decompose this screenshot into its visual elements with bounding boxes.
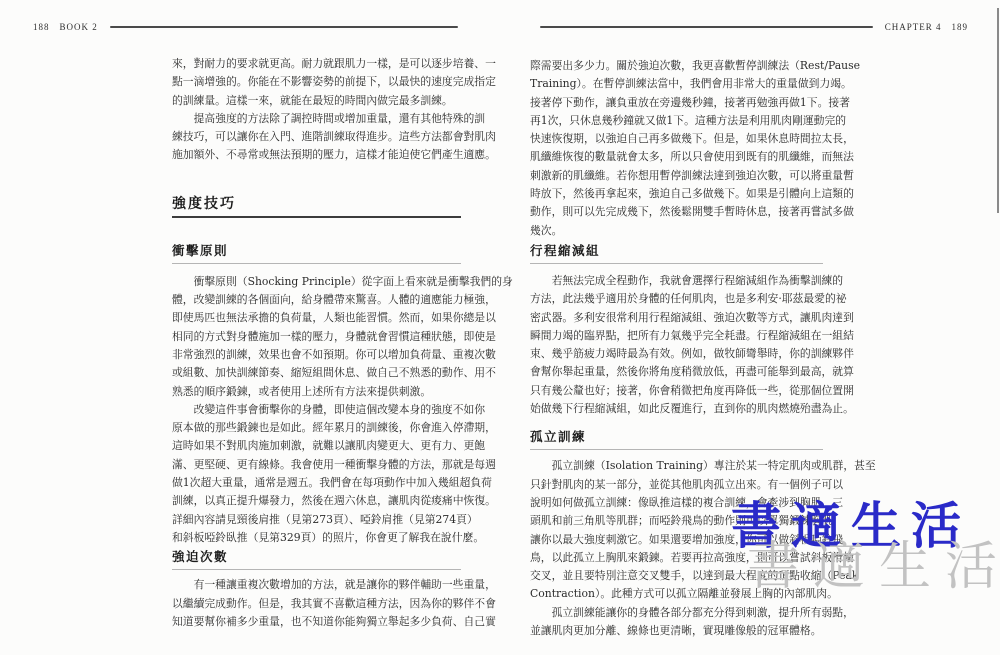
right-page-header: CHAPTER 4 189 (540, 22, 968, 32)
subsection-heading-isolation: 孤立訓練 (530, 429, 823, 450)
text-line: 這時如果不對肌肉施加刺激，就難以讓肌肉變更大、更有力、更飽 (172, 437, 461, 455)
text-line: 熟悉的順序鍛鍊，或者使用上述所有方法來提供刺激。 (172, 383, 461, 401)
right-page-number: 189 (952, 22, 969, 32)
header-rule (110, 26, 458, 28)
text-line: 的訓練量。這樣一來，就能在最短的時間內做完最多訓練。 (172, 92, 461, 110)
paragraph-partials: 若無法完成全程動作，我就會選擇行程縮減組作為衝擊訓練的方法，此法幾乎適用於身體的… (530, 272, 823, 418)
text-line: 刺激新的肌纖維。若你想用暫停訓練法達到強迫次數，可以將重量暫 (530, 167, 823, 185)
header-rule (540, 26, 873, 28)
text-line: 只有幾公釐也好；接著，你會稍微把角度再降低一些，從那個位置開 (530, 382, 823, 400)
scan-edge-line (997, 8, 999, 213)
text-line: 訓練，以真正提升爆發力，然後在週六休息，讓肌肉從痠痛中恢復。 (172, 492, 461, 510)
paragraph-rest-pause: 際需要出多少力。關於強迫次數，我更喜歡暫停訓練法（Rest/PauseTrain… (530, 57, 823, 240)
text-line: 衝擊原則（Shocking Principle）從字面上看來就是衝擊我們的身 (172, 273, 461, 291)
text-line: 和斜板啞鈴臥推（見第329頁）的照片，你會更了解我在說什麼。 (172, 529, 461, 547)
text-line: 即使馬匹也無法承擔的負荷量，人類也能習慣。然而，如果你總是以 (172, 309, 461, 327)
text-line: 孤立訓練能讓你的身體各部分都充分得到刺激，提升所有弱點， (530, 604, 823, 622)
watermark-secondary: 書適生活 (747, 524, 1000, 599)
text-line: 練技巧，可以讓你在入門、進階訓練取得進步。這些方法都會對肌肉 (172, 128, 461, 146)
text-line: 幾次。 (530, 222, 823, 240)
text-line: 際需要出多少力。關於強迫次數，我更喜歡暫停訓練法（Rest/Pause (530, 57, 823, 75)
left-page-header: 188 BOOK 2 (33, 22, 458, 32)
text-line: 束、幾乎筋疲力竭時最為有效。例如，做牧師彎舉時，你的訓練夥伴 (530, 345, 823, 363)
text-line: 密武器。多利安很常利用行程縮減組、強迫次數等方式，讓肌肉達到 (530, 309, 823, 327)
section-heading: 強度技巧 (172, 195, 461, 218)
text-line: 以繼續完成動作。但是，我其實不喜歡這種方法，因為你的夥伴不會 (172, 595, 461, 613)
text-line: 瞬間力竭的臨界點，把所有力氣幾乎完全耗盡。行程縮減組在一組結 (530, 327, 823, 345)
text-line: 來，對耐力的要求就更高。耐力就跟肌力一樣，是可以逐步培養、一 (172, 55, 461, 73)
text-line: 若無法完成全程動作，我就會選擇行程縮減組作為衝擊訓練的 (530, 272, 823, 290)
text-line: 原本做的那些鍛鍊也是如此。經年累月的訓練後，你會進入停滯期， (172, 419, 461, 437)
text-line: 知道要幫你補多少重量，也不知道你能夠獨立舉起多少負荷、自己實 (172, 613, 461, 631)
text-line: 肌纖維恢復的數量就會太多，所以只會使用到既有的肌纖維，而無法 (530, 148, 823, 166)
paragraph-shock-principle: 衝擊原則（Shocking Principle）從字面上看來就是衝擊我們的身體，… (172, 273, 461, 547)
text-line: 接著停下動作，讓負重放在旁邊幾秒鐘，接著再勉強再做1下。接著 (530, 94, 823, 112)
text-line: 體，改變訓練的各個面向，給身體帶來驚喜。人體的適應能力極強， (172, 291, 461, 309)
text-line: 方法，此法幾乎適用於身體的任何肌肉，也是多利安·耶茲最愛的祕 (530, 290, 823, 308)
text-line: 動作，則可以先完成幾下，然後鬆開雙手暫時休息，接著再嘗試多做 (530, 203, 823, 221)
text-line: 改變這件事會衝擊你的身體，即使這個改變本身的強度不如你 (172, 401, 461, 419)
text-line: 或組數、加快訓練節奏、縮短組間休息、做自己不熟悉的動作、用不 (172, 364, 461, 382)
text-line: Training）。在暫停訓練法當中，我們會用非常大的重量做到力竭。 (530, 75, 823, 93)
text-line: 詳細內容請見頸後肩推（見第273頁）、啞鈴肩推（見第274頁） (172, 511, 461, 529)
text-line: 非常強烈的訓練，效果也會不如預期。你可以增加負荷量、重複次數 (172, 346, 461, 364)
text-line: 施加額外、不尋常或無法預期的壓力，這樣才能迫使它們產生適應。 (172, 146, 461, 164)
text-line: 快速恢復期，以強迫自己再多做幾下。但是，如果休息時間拉太長， (530, 130, 823, 148)
text-line: 相同的方式對身體施加一樣的壓力，身體就會習慣這種狀態，即使是 (172, 328, 461, 346)
text-line: 點一滴增強的。你能在不影響姿勢的前提下，以最快的速度完成指定 (172, 73, 461, 91)
left-page: 來，對耐力的要求就更高。耐力就跟肌力一樣，是可以逐步培養、一點一滴增強的。你能在… (172, 55, 461, 631)
text-line: 做1次超大重量，通常是週五。我們會在每項動作中加入幾組超負荷 (172, 474, 461, 492)
paragraph-forced-reps: 有一種讓重複次數增加的方法，就是讓你的夥伴輔助一些重量，以繼續完成動作。但是，我… (172, 576, 461, 631)
subsection-heading-forced-reps: 強迫次數 (172, 549, 461, 570)
text-line: 時放下，然後再拿起來，強迫自己多做幾下。如果是引體向上這類的 (530, 185, 823, 203)
subsection-heading-partials: 行程縮減組 (530, 243, 823, 264)
text-line: 有一種讓重複次數增加的方法，就是讓你的夥伴輔助一些重量， (172, 576, 461, 594)
chapter-label: CHAPTER 4 (885, 22, 942, 32)
subsection-heading-shock: 衝擊原則 (172, 243, 461, 264)
book-label: BOOK 2 (60, 22, 98, 32)
text-line: 滿、更堅硬、更有線條。我會使用一種衝擊身體的方法，那就是每週 (172, 456, 461, 474)
text-line: 會幫你舉起重量，然後你將角度稍微放低，再盡可能舉到最高，就算 (530, 363, 823, 381)
text-line: 始做幾下行程縮減組，如此反覆進行，直到你的肌肉燃燒殆盡為止。 (530, 400, 823, 418)
text-line: 孤立訓練（Isolation Training）專注於某一特定肌肉或肌群，甚至 (530, 457, 823, 475)
text-line: 再1次，只休息幾秒鐘就又做1下。這種方法是利用肌肉剛運動完的 (530, 112, 823, 130)
text-line: 並讓肌肉更加分離、線條也更清晰，實現雕像般的冠軍體格。 (530, 622, 823, 640)
paragraph-intro: 來，對耐力的要求就更高。耐力就跟肌力一樣，是可以逐步培養、一點一滴增強的。你能在… (172, 55, 461, 165)
left-page-number: 188 (33, 22, 50, 32)
text-line: 提高強度的方法除了調控時間或增加重量，還有其他特殊的訓 (172, 110, 461, 128)
